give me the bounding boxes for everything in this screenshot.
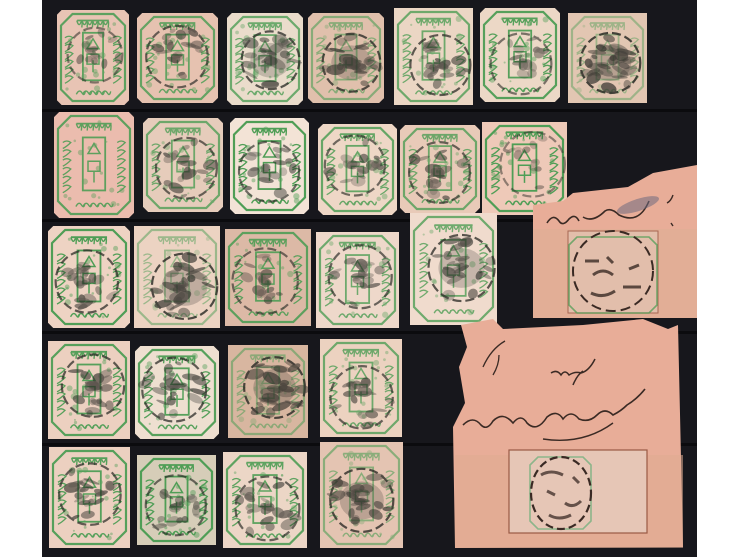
stamp (400, 125, 480, 213)
stamp (227, 13, 303, 105)
stamp (57, 10, 129, 105)
lower-cover-fragment (453, 307, 690, 548)
stamp (568, 13, 647, 103)
stamp (137, 13, 218, 103)
stamp (320, 339, 402, 437)
stamp (394, 8, 473, 105)
stamp (143, 118, 223, 212)
stamp (308, 13, 384, 103)
stamp (49, 447, 130, 548)
stamp (134, 226, 220, 328)
stamp (54, 112, 134, 218)
stamp (480, 8, 560, 102)
stamp (228, 345, 308, 438)
stamp (137, 455, 216, 545)
stamp (230, 118, 309, 214)
stamp (48, 226, 130, 328)
stamp (135, 346, 219, 439)
stamp (316, 232, 399, 328)
stamp (223, 452, 307, 548)
stamp (318, 124, 397, 215)
stamp (320, 442, 403, 548)
stamp (225, 229, 311, 326)
stamp (48, 341, 130, 439)
upper-cover-fragment (533, 165, 697, 318)
stockbook-strip (42, 109, 697, 112)
